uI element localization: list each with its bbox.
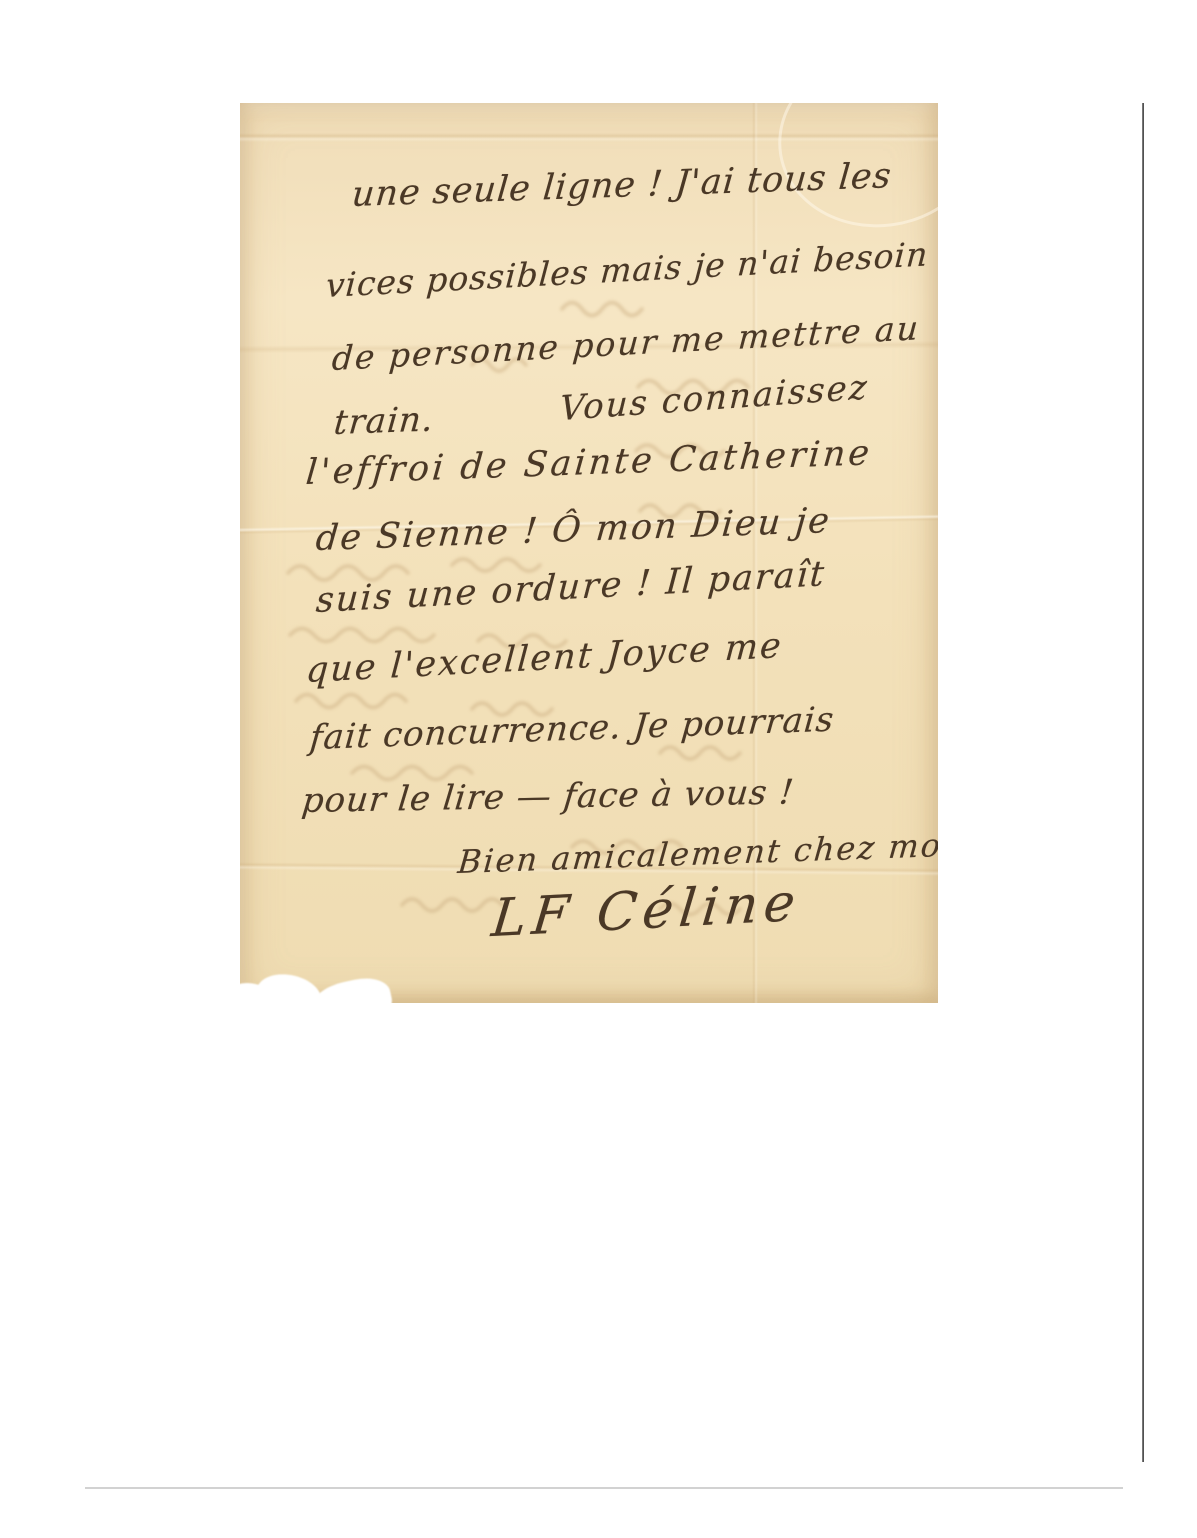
handwriting-line: une seule ligne ! J'ai tous les [350, 156, 893, 215]
fold-crease-horizontal [240, 133, 938, 142]
handwriting-line: de Sienne ! Ô mon Dieu je [314, 501, 832, 559]
closing-line: Bien amicalement chez moi [456, 826, 938, 881]
handwriting-line: que l'excellent Joyce me [305, 626, 785, 691]
handwriting-line: fait concurrence. Je pourrais [308, 700, 836, 758]
right-vertical-rule [1142, 103, 1144, 1462]
handwriting-line: suis une ordure ! Il paraît [315, 554, 828, 621]
paper-tear [306, 973, 396, 1003]
signature: LF Céline [489, 873, 804, 950]
handwriting-line: vices possibles mais je n'ai besoin [325, 234, 930, 305]
handwriting-line: pour le lire — face à vous ! [300, 772, 796, 821]
paper-tear [240, 983, 274, 1003]
paper-tear [253, 970, 325, 1003]
handwriting-line: train. [332, 399, 435, 443]
page-background: une seule ligne ! J'ai tous les vices po… [0, 0, 1197, 1538]
bottom-horizontal-rule [85, 1487, 1123, 1489]
letter-scan-paper: une seule ligne ! J'ai tous les vices po… [240, 103, 938, 1003]
handwriting-line: Vous connaissez [559, 367, 870, 429]
handwriting-line: l'effroi de Sainte Catherine [304, 433, 874, 493]
handwriting-line: de personne pour me mettre au [331, 308, 922, 378]
